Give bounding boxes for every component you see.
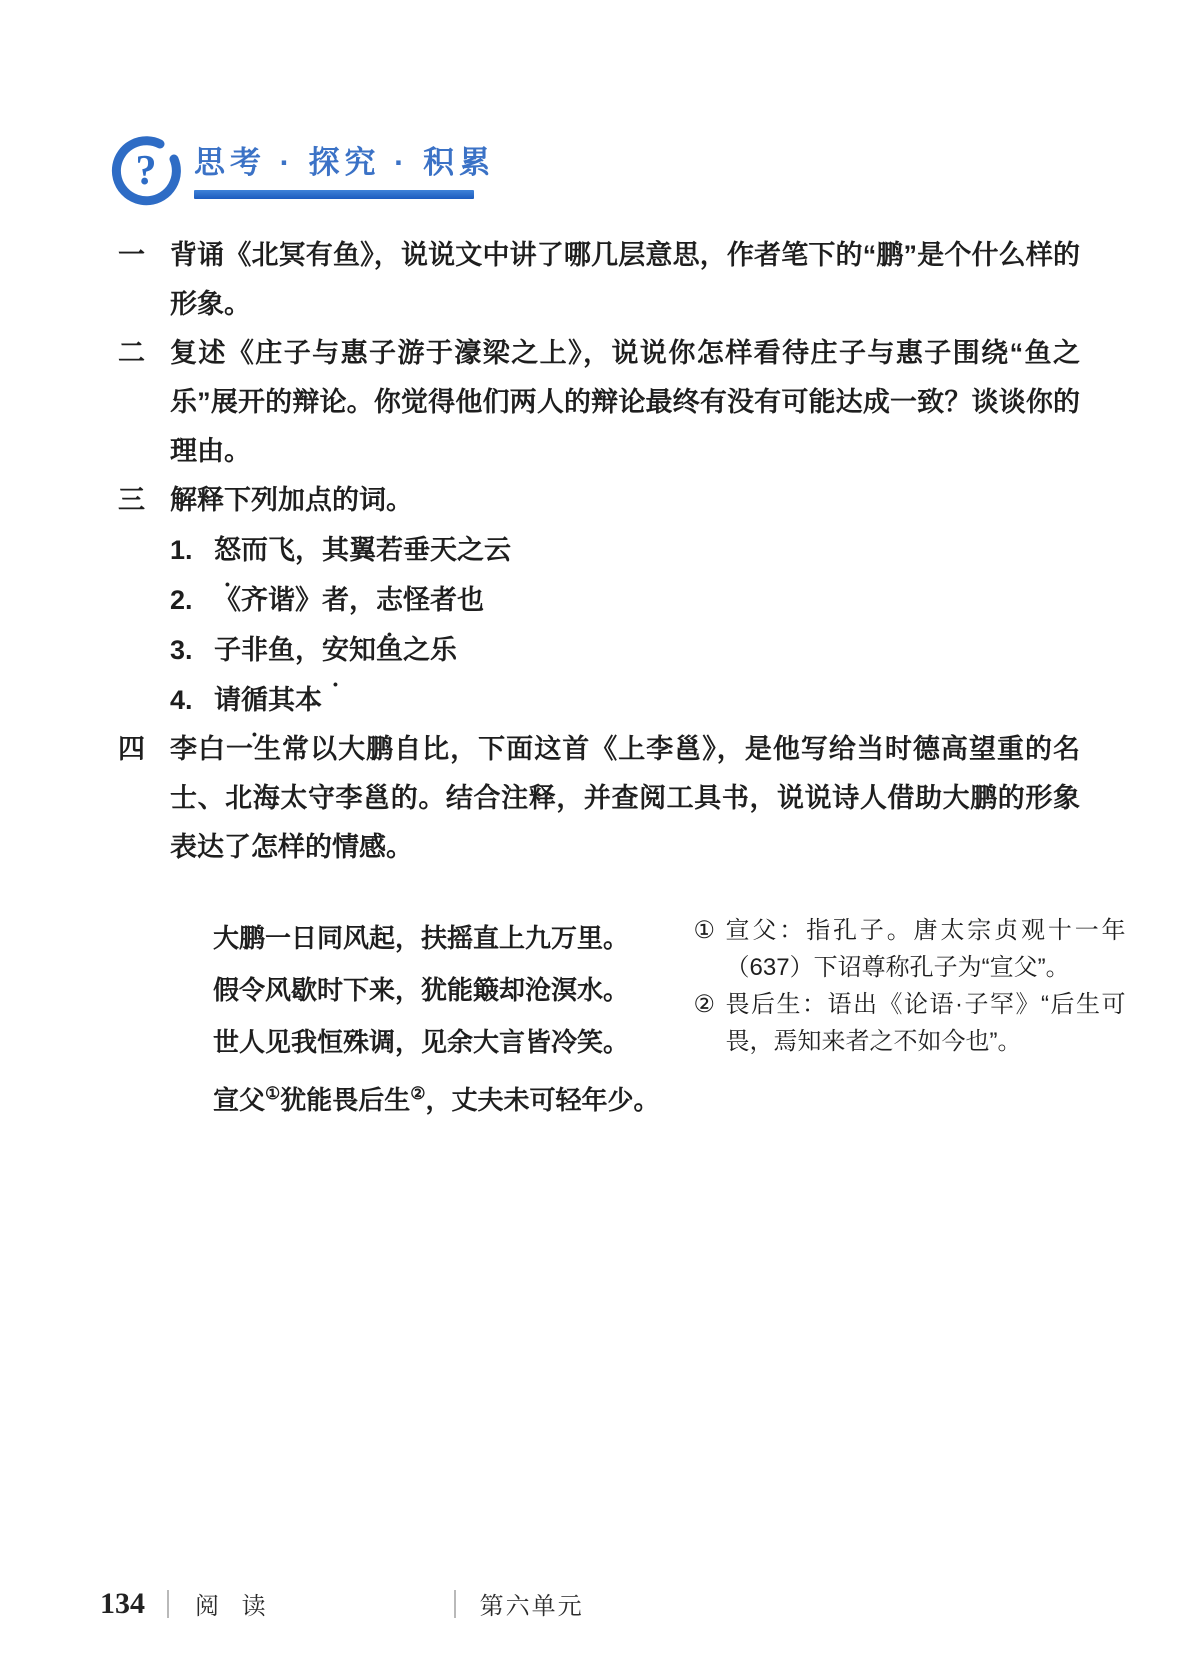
question-text: 背诵《北冥有鱼》，说说文中讲了哪几层意思，作者笔下的“鹏”是个什么样的形象。 — [170, 231, 1080, 329]
emphasized-char: 志 — [376, 575, 403, 625]
section-header: ? 思考 · 探究 · 积累 — [0, 0, 1186, 209]
item-number: 1. — [170, 525, 214, 575]
footnote-marker: ① — [694, 912, 726, 986]
question-number: 四 — [118, 725, 170, 872]
item-number: 2. — [170, 575, 214, 625]
poem-line: 大鹏一日同风起，扶摇直上九万里。 — [213, 912, 660, 964]
list-item: 1. 怒而飞，其翼若垂天之云 — [170, 525, 1080, 575]
item-text: 《齐谐》者，志怪者也 — [214, 575, 484, 625]
footnote-text: 宣父：指孔子。唐太宗贞观十一年（637）下诏尊称孔子为“宣父”。 — [726, 912, 1126, 986]
footnotes: ① 宣父：指孔子。唐太宗贞观十一年（637）下诏尊称孔子为“宣父”。 ② 畏后生… — [694, 912, 1126, 1126]
poem-section: 大鹏一日同风起，扶摇直上九万里。 假令风歇时下来，犹能簸却沧溟水。 世人见我恒殊… — [0, 912, 1186, 1126]
title-underline — [194, 190, 474, 199]
poem-line: 世人见我恒殊调，见余大言皆冷笑。 — [213, 1016, 660, 1068]
footer-section-label: 阅 读 — [195, 1586, 274, 1621]
footer-divider — [167, 1590, 169, 1618]
footnote-ref-2: ② — [410, 1084, 425, 1103]
question-2: 二 复述《庄子与惠子游于濠梁之上》，说说你怎样看待庄子与惠子围绕“鱼之乐”展开的… — [118, 329, 1080, 476]
footnote-text: 畏后生：语出《论语·子罕》“后生可畏，焉知来者之不如今也”。 — [726, 986, 1126, 1060]
footnote-marker: ② — [694, 986, 726, 1060]
footnote-ref-1: ① — [265, 1084, 280, 1103]
list-item: 4. 请循其本 — [170, 675, 1080, 725]
page-footer: 134 阅 读 第六单元 — [100, 1586, 1086, 1621]
item-number: 4. — [170, 675, 214, 725]
poem-line-with-notes: 宣父①犹能畏后生②，丈夫未可轻年少。 — [213, 1068, 660, 1126]
question-number: 三 — [118, 476, 170, 525]
question-number: 二 — [118, 329, 170, 476]
item-text: 请循其本 — [214, 675, 322, 725]
emphasized-char: 循 — [241, 675, 268, 725]
emphasized-char: 安 — [322, 625, 349, 675]
item-text: 怒而飞，其翼若垂天之云 — [214, 525, 511, 575]
poem: 大鹏一日同风起，扶摇直上九万里。 假令风歇时下来，犹能簸却沧溟水。 世人见我恒殊… — [213, 912, 660, 1126]
question-list: 一 背诵《北冥有鱼》，说说文中讲了哪几层意思，作者笔下的“鹏”是个什么样的形象。… — [0, 231, 1186, 872]
item-number: 3. — [170, 625, 214, 675]
question-text: 复述《庄子与惠子游于濠梁之上》，说说你怎样看待庄子与惠子围绕“鱼之乐”展开的辩论… — [170, 329, 1080, 476]
question-text: 李白一生常以大鹏自比，下面这首《上李邕》，是他写给当时德高望重的名士、北海太守李… — [170, 725, 1080, 872]
list-item: 2. 《齐谐》者，志怪者也 — [170, 575, 1080, 625]
question-1: 一 背诵《北冥有鱼》，说说文中讲了哪几层意思，作者笔下的“鹏”是个什么样的形象。 — [118, 231, 1080, 329]
page-number: 134 — [100, 1587, 145, 1621]
footnote-1: ① 宣父：指孔子。唐太宗贞观十一年（637）下诏尊称孔子为“宣父”。 — [694, 912, 1126, 986]
section-title-block: 思考 · 探究 · 积累 — [194, 143, 495, 199]
poem-line: 假令风歇时下来，犹能簸却沧溟水。 — [213, 964, 660, 1016]
question-mark-icon: ? — [108, 133, 184, 209]
question-3: 三 解释下列加点的词。 — [118, 476, 1080, 525]
emphasized-char: 怒 — [214, 525, 241, 575]
footnote-2: ② 畏后生：语出《论语·子罕》“后生可畏，焉知来者之不如今也”。 — [694, 986, 1126, 1060]
question-text: 解释下列加点的词。 — [170, 476, 1080, 525]
question-4: 四 李白一生常以大鹏自比，下面这首《上李邕》，是他写给当时德高望重的名士、北海太… — [118, 725, 1080, 872]
item-text: 子非鱼，安知鱼之乐 — [214, 625, 457, 675]
footer-divider — [454, 1590, 456, 1618]
word-list: 1. 怒而飞，其翼若垂天之云 2. 《齐谐》者，志怪者也 3. 子非鱼，安知鱼之… — [170, 525, 1080, 725]
svg-text:?: ? — [136, 148, 157, 194]
list-item: 3. 子非鱼，安知鱼之乐 — [170, 625, 1080, 675]
textbook-page: ? 思考 · 探究 · 积累 一 背诵《北冥有鱼》，说说文中讲了哪几层意思，作者… — [0, 0, 1186, 1676]
section-title: 思考 · 探究 · 积累 — [194, 143, 495, 183]
question-number: 一 — [118, 231, 170, 329]
footer-unit-label: 第六单元 — [480, 1586, 584, 1621]
